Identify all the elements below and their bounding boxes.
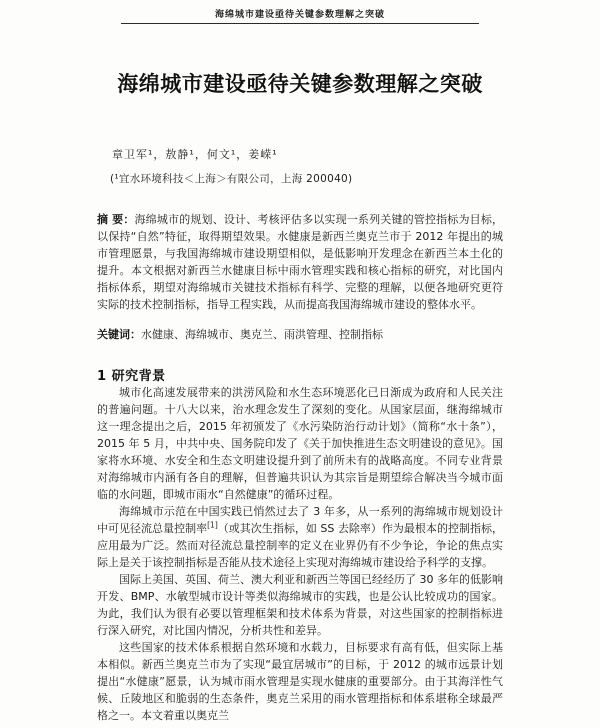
citation-ref-1: [1] bbox=[207, 520, 218, 529]
section-1-paragraph-3: 国际上美国、英国、荷兰、澳大利亚和新西兰等国已经经历了 30 多年的低影响开发、… bbox=[97, 571, 503, 639]
header-rule-divider bbox=[121, 23, 479, 24]
keywords-label: 关键词： bbox=[97, 328, 141, 341]
paper-page: 海绵城市建设亟待关键参数理解之突破 海绵城市建设亟待关键参数理解之突破 章卫军¹… bbox=[0, 0, 600, 728]
abstract-text: 海绵城市的规划、设计、考核评估多以实现一系列关键的管控指标为目标，以保持“自然”… bbox=[97, 213, 503, 311]
section-1-paragraph-4: 这些国家的技术体系根据自然环境和水载力，目标要求有高有低，但实际上基本相似。新西… bbox=[97, 639, 503, 724]
keywords-text: 水健康、海绵城市、奥克兰、雨洪管理、控制指标 bbox=[141, 328, 383, 341]
keywords-block: 关键词：水健康、海绵城市、奥克兰、雨洪管理、控制指标 bbox=[97, 326, 503, 343]
abstract-block: 摘 要：海绵城市的规划、设计、考核评估多以实现一系列关键的管控指标为目标，以保持… bbox=[97, 211, 503, 313]
abstract-label: 摘 要： bbox=[97, 213, 135, 226]
section-1-paragraph-1: 城市化高速发展带来的洪涝风险和水生态环境恶化已日渐成为政府和人民关注的普遍问题。… bbox=[97, 384, 503, 503]
authors-line: 章卫军¹，敖静¹，何文¹，姜嵘¹ bbox=[97, 146, 503, 162]
section-1-heading: 1 研究背景 bbox=[97, 365, 503, 384]
paper-title: 海绵城市建设亟待关键参数理解之突破 bbox=[0, 68, 600, 98]
affiliation-line: (¹宜水环境科技＜上海＞有限公司，上海 200040) bbox=[97, 171, 503, 186]
page-content: 章卫军¹，敖静¹，何文¹，姜嵘¹ (¹宜水环境科技＜上海＞有限公司，上海 200… bbox=[97, 146, 503, 724]
section-1-paragraph-2: 海绵城市示范在中国实践已悄然过去了 3 年多，从一系列的海绵城市规划设计中可见径… bbox=[97, 503, 503, 571]
running-header: 海绵城市建设亟待关键参数理解之突破 bbox=[0, 0, 600, 20]
